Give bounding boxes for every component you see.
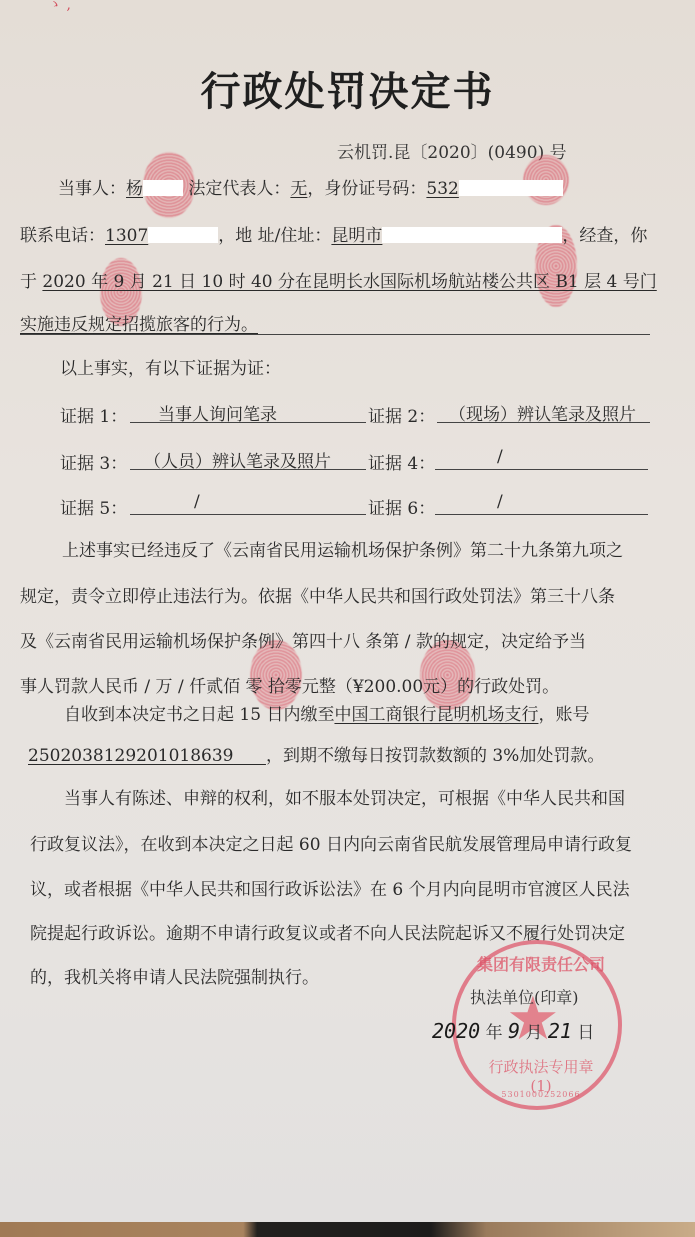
- decision-line-3: 及《云南省民用运输机场保护条例》第四十八 条第 / 款的规定，决定给予当: [20, 631, 660, 653]
- evidence-intro: 以上事实，有以下证据为证：: [60, 358, 695, 380]
- id-number: 532: [426, 179, 562, 199]
- address-label: ，地 址/住址：: [218, 226, 331, 246]
- evidence-4-label: 证据 4：: [368, 449, 435, 474]
- corner-red-mark: ゝ ,: [48, 0, 71, 14]
- legal-rep-label: 法定代表人：: [188, 179, 290, 199]
- contact-line: 联系电话：1307，地 址/住址：昆明市，经查，你: [20, 225, 660, 247]
- handwritten-day: 21: [548, 1019, 572, 1043]
- enforcement-unit-label: 执法单位(印章): [470, 985, 579, 1008]
- signature-date: 2020 年 9 月 21 日: [432, 1018, 594, 1043]
- party-line: 当事人：杨 法定代表人：无，身份证号码：532: [58, 178, 695, 200]
- evidence-3-label: 证据 3：: [60, 449, 127, 474]
- party-name: 杨: [126, 179, 183, 199]
- found-label: ，经查，你: [562, 226, 647, 246]
- payment-line-1: 自收到本决定书之日起 15 日内缴至中国工商银行昆明机场支行，账号: [64, 704, 695, 726]
- handwritten-year: 2020: [432, 1019, 480, 1043]
- evidence-5-label: 证据 5：: [60, 494, 127, 519]
- document-title: 行政处罚决定书: [0, 60, 695, 117]
- legal-rep-value: 无: [290, 179, 307, 199]
- redaction-block: [148, 227, 218, 243]
- desk-background: [0, 1222, 695, 1237]
- rights-line-1: 当事人有陈述、申辩的权利，如不服本处罚决定，可根据《中华人民共和国: [64, 788, 695, 810]
- facts-underline: [20, 334, 650, 335]
- payment-line-2: 2502038129201018639 ，到期不缴每日按罚款数额的 3%加处罚款…: [28, 745, 668, 767]
- rights-line-4: 院提起行政诉讼。逾期不申请行政复议或者不向人民法院起诉又不履行处罚决定: [30, 923, 670, 945]
- redaction-block: [143, 180, 183, 196]
- evidence-3-value: （人员）辨认笔录及照片: [130, 447, 366, 470]
- document-paper: ゝ , 行政处罚决定书 云机罚.昆〔2020〕(0490) 号 当事人：杨 法定…: [0, 0, 695, 1222]
- seal-top-text: 集团有限责任公司: [476, 952, 606, 975]
- id-label: ，身份证号码：: [307, 179, 426, 199]
- evidence-4-value: /: [435, 447, 648, 470]
- redaction-block: [382, 227, 562, 243]
- facts-time-location: 2020 年 9 月 21 日 10 时 40 分在昆明长水国际机场航站楼公共区…: [42, 272, 656, 292]
- evidence-1-value: 当事人询问笔录: [130, 400, 366, 423]
- address-value: 昆明市: [331, 226, 562, 246]
- handwritten-month: 9: [508, 1019, 520, 1043]
- phone-label: 联系电话：: [20, 226, 105, 246]
- party-label: 当事人：: [58, 179, 126, 199]
- decision-line-2: 规定，责令立即停止违法行为。依据《中华人民共和国行政处罚法》第三十八条: [20, 586, 660, 608]
- evidence-5-value: /: [130, 492, 366, 515]
- seal-number: 5301000252066: [486, 1090, 596, 1099]
- decision-line-4: 事人罚款人民币 / 万 / 仟贰佰 零 拾零元整（¥200.00元）的行政处罚。: [20, 676, 660, 698]
- rights-line-2: 行政复议法》，在收到本决定之日起 60 日内向云南省民航发展管理局申请行政复: [30, 834, 670, 856]
- evidence-2-value: （现场）辨认笔录及照片: [437, 400, 650, 423]
- account-number: 2502038129201018639: [28, 746, 266, 766]
- facts-line-2: 实施违反规定招揽旅客的行为。: [20, 314, 660, 336]
- evidence-6-label: 证据 6：: [368, 494, 435, 519]
- evidence-2-label: 证据 2：: [368, 402, 435, 427]
- facts-line-1: 于 2020 年 9 月 21 日 10 时 40 分在昆明长水国际机场航站楼公…: [20, 271, 660, 293]
- redaction-block: [459, 180, 563, 196]
- rights-line-3: 议，或者根据《中华人民共和国行政诉讼法》在 6 个月内向昆明市官渡区人民法: [30, 879, 670, 901]
- bank-name: 中国工商银行昆明机场支行: [334, 705, 538, 725]
- decision-line-1: 上述事实已经违反了《云南省民用运输机场保护条例》第二十九条第九项之: [62, 540, 695, 562]
- phone-number: 1307: [105, 226, 218, 246]
- evidence-1-label: 证据 1：: [60, 402, 127, 427]
- evidence-6-value: /: [435, 492, 648, 515]
- facts-behavior: 实施违反规定招揽旅客的行为。: [20, 315, 258, 335]
